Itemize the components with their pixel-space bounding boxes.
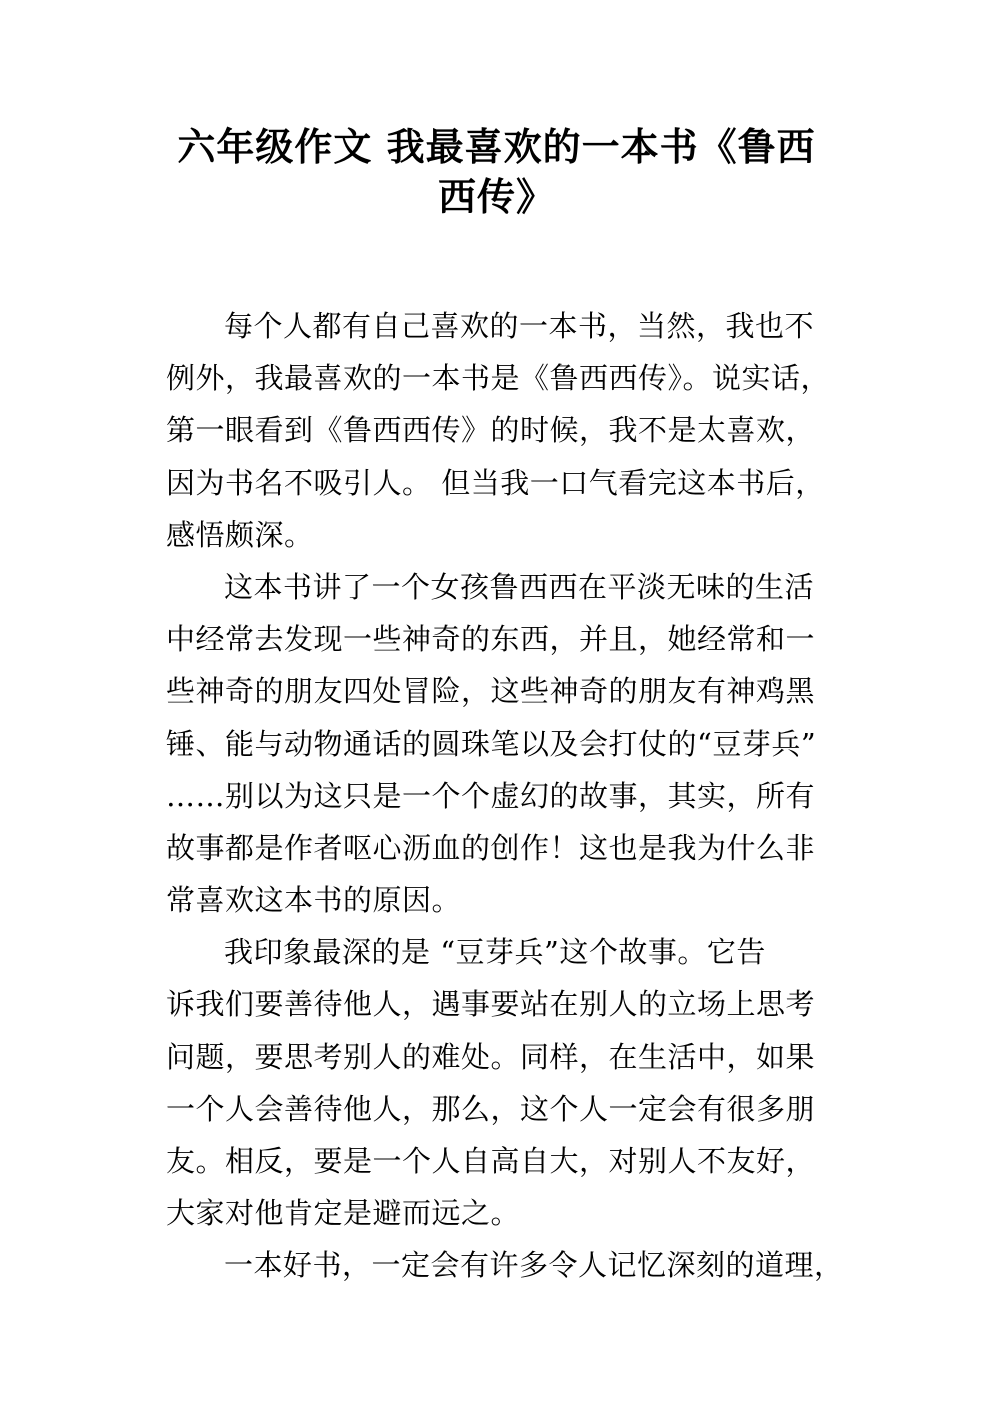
text-line: 故事都是作者呕心沥血的创作！这也是我为什么非 <box>166 822 846 874</box>
text-line: 因为书名不吸引人。 但当我一口气看完这本书后， <box>166 457 846 509</box>
paragraph-4: 一本好书，一定会有许多令人记忆深刻的道理， <box>166 1239 846 1291</box>
text-line: 例外，我最喜欢的一本书是《鲁西西传》。说实话， <box>166 352 846 404</box>
text-line: 锤、能与动物通话的圆珠笔以及会打仗的“豆芽兵” <box>166 718 846 770</box>
paragraph-2: 这本书讲了一个女孩鲁西西在平淡无味的生活 中经常去发现一些神奇的东西，并且，她经… <box>166 561 846 926</box>
text-line: ……别以为这只是一个个虚幻的故事，其实，所有 <box>166 770 846 822</box>
text-line: 中经常去发现一些神奇的东西，并且，她经常和一 <box>166 613 846 665</box>
text-line: 我印象最深的是 “豆芽兵”这个故事。它告 <box>166 926 846 978</box>
title-line-2: 西传》 <box>150 172 843 222</box>
text-line: 友。相反，要是一个人自高自大，对别人不友好， <box>166 1135 846 1187</box>
title-line-1: 六年级作文 我最喜欢的一本书《鲁西 <box>150 122 843 172</box>
text-line: 常喜欢这本书的原因。 <box>166 874 846 926</box>
document-page: 六年级作文 我最喜欢的一本书《鲁西 西传》 每个人都有自己喜欢的一本书，当然，我… <box>0 0 993 1404</box>
text-line: 诉我们要善待他人，遇事要站在别人的立场上思考 <box>166 978 846 1030</box>
text-line: 这本书讲了一个女孩鲁西西在平淡无味的生活 <box>166 561 846 613</box>
text-line: 感悟颇深。 <box>166 509 846 561</box>
text-line: 每个人都有自己喜欢的一本书，当然，我也不 <box>166 300 846 352</box>
text-line: 一本好书，一定会有许多令人记忆深刻的道理， <box>166 1239 846 1291</box>
text-line: 些神奇的朋友四处冒险，这些神奇的朋友有神鸡黑 <box>166 665 846 717</box>
text-line: 一个人会善待他人，那么，这个人一定会有很多朋 <box>166 1083 846 1135</box>
paragraph-1: 每个人都有自己喜欢的一本书，当然，我也不 例外，我最喜欢的一本书是《鲁西西传》。… <box>166 300 846 561</box>
text-line: 大家对他肯定是避而远之。 <box>166 1187 846 1239</box>
text-line: 第一眼看到《鲁西西传》的时候，我不是太喜欢， <box>166 404 846 456</box>
paragraph-3: 我印象最深的是 “豆芽兵”这个故事。它告 诉我们要善待他人，遇事要站在别人的立场… <box>166 926 846 1239</box>
document-title: 六年级作文 我最喜欢的一本书《鲁西 西传》 <box>150 122 843 222</box>
document-body: 每个人都有自己喜欢的一本书，当然，我也不 例外，我最喜欢的一本书是《鲁西西传》。… <box>166 300 846 1292</box>
text-line: 问题，要思考别人的难处。同样，在生活中，如果 <box>166 1031 846 1083</box>
